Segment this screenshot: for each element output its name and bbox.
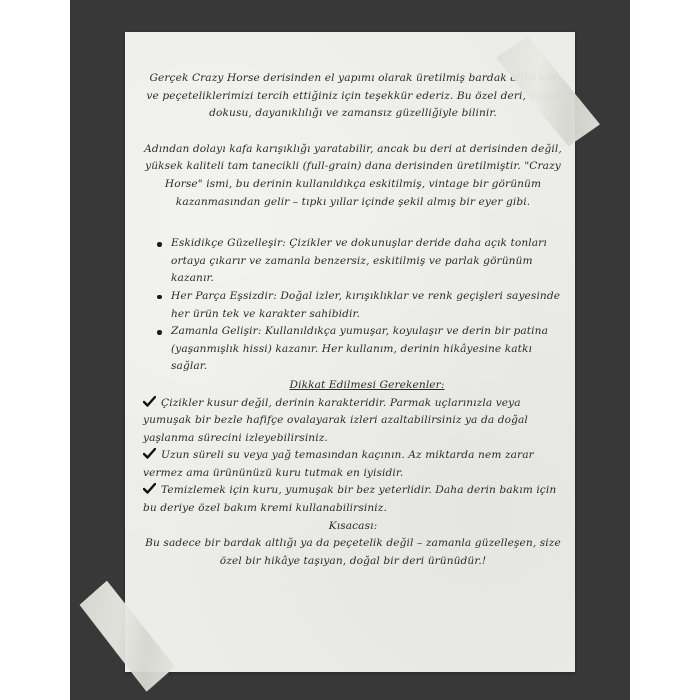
care-item-text: Temizlemek için kuru, yumuşak bir bez ye…: [143, 484, 556, 514]
checkmark-icon: [143, 396, 156, 407]
intro-paragraph: Gerçek Crazy Horse derisinden el yapımı …: [143, 70, 563, 123]
summary-paragraph: Bu sadece bir bardak altlığı ya da peçet…: [143, 535, 563, 570]
feature-item: Zamanla Gelişir: Kullanıldıkça yumuşar, …: [157, 323, 563, 376]
checkmark-icon: [143, 483, 156, 494]
handwritten-note-paper: Gerçek Crazy Horse derisinden el yapımı …: [125, 32, 575, 672]
summary-title: Kısacası:: [143, 518, 563, 536]
care-item: Temizlemek için kuru, yumuşak bir bez ye…: [143, 482, 563, 517]
explanation-paragraph: Adından dolayı kafa karışıklığı yaratabi…: [143, 141, 563, 211]
care-item: Uzun süreli su veya yağ temasından kaçın…: [143, 447, 563, 482]
feature-item: Her Parça Eşsizdir: Doğal izler, kırışık…: [157, 288, 563, 323]
checkmark-icon: [143, 448, 156, 459]
feature-item: Eskidikçe Güzelleşir: Çizikler ve dokunu…: [157, 235, 563, 288]
care-list: Çizikler kusur değil, derinin karakterid…: [143, 395, 563, 518]
care-item-text: Uzun süreli su veya yağ temasından kaçın…: [143, 449, 534, 479]
features-list: Eskidikçe Güzelleşir: Çizikler ve dokunu…: [143, 235, 563, 376]
care-item-text: Çizikler kusur değil, derinin karakterid…: [143, 397, 528, 444]
note-content: Gerçek Crazy Horse derisinden el yapımı …: [143, 70, 563, 570]
care-heading: Dikkat Edilmesi Gerekenler:: [171, 377, 563, 395]
care-item: Çizikler kusur değil, derinin karakterid…: [143, 395, 563, 448]
